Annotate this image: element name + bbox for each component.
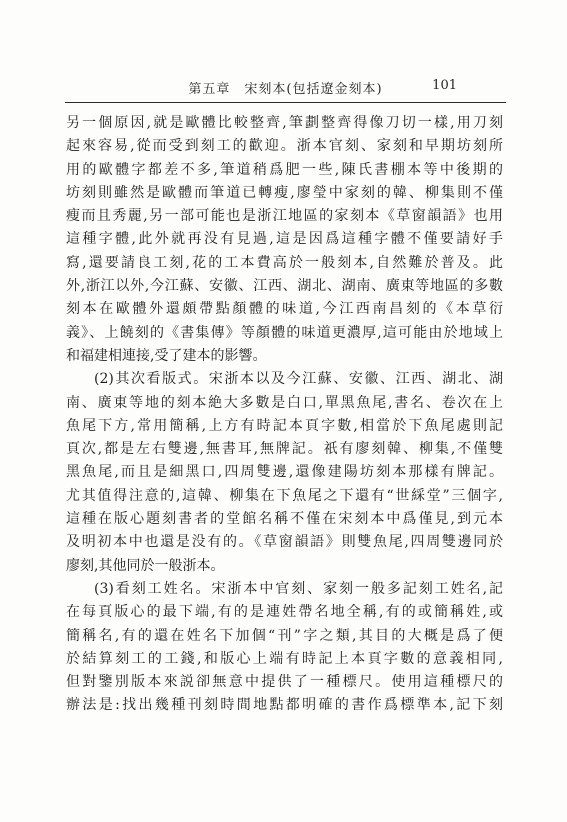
text-line: 刻本在歐體外還頗帶點顏體的味道,今江西南昌刻的《本草衍	[66, 298, 503, 321]
text-line: 瘦而且秀麗,另一部可能也是浙江地區的家刻本《草窗韻語》也用	[66, 205, 503, 228]
text-line: 起來容易,從而受到刻工的歡迎。浙本官刻、家刻和早期坊刻所	[66, 135, 503, 158]
text-line: 黑魚尾,而且是細黑口,四周雙邊,還像建陽坊刻本那樣有牌記。	[66, 461, 503, 484]
header-divider	[65, 102, 506, 103]
text-line: 坊刻則雖然是歐體而筆道已轉瘦,廖瑩中家刻的韓、柳集則不僅	[66, 182, 503, 205]
text-line: 於結算刻工的工錢,和版心上端有時記上本頁字數的意義相同,	[66, 648, 503, 671]
text-line: (3)看刻工姓名。宋浙本中官刻、家刻一般多記刻工姓名,記	[66, 578, 503, 601]
text-line: 另一個原因,就是歐體比較整齊,筆劃整齊得像刀切一樣,用刀刻	[66, 112, 503, 135]
text-line: 這種在版心題刻書者的堂館名稱不僅在宋刻本中爲僅見,到元本	[66, 508, 503, 531]
paragraph: (2)其次看版式。宋浙本以及今江蘇、安徽、江西、湖北、湖南、廣東等地的刻本絶大多…	[66, 368, 503, 578]
text-line: 用的歐體字都差不多,筆道稍爲肥一些,陳氏書棚本等中後期的	[66, 159, 503, 182]
text-line: 簡稱名,有的還在姓名下加個“刊”字之類,其目的大概是爲了便	[66, 625, 503, 648]
text-line: 和福建相連接,受了建本的影響。	[66, 345, 503, 368]
text-line: 及明初本中也還是没有的。《草窗韻語》則雙魚尾,四周雙邊同於	[66, 531, 503, 554]
text-line: 尤其值得注意的,這韓、柳集在下魚尾之下還有“世綵堂”三個字,	[66, 485, 503, 508]
text-line: 但對鑒別版本來説卻無意中提供了一種標尺。使用這種標尺的	[66, 671, 503, 694]
paragraph: 另一個原因,就是歐體比較整齊,筆劃整齊得像刀切一樣,用刀刻起來容易,從而受到刻工…	[66, 112, 503, 368]
text-line: 辦法是:找出幾種刊刻時間地點都明確的書作爲標準本,記下刻	[66, 694, 503, 717]
text-line: 外,浙江以外,今江蘇、安徽、江西、湖北、湖南、廣東等地區的多數	[66, 275, 503, 298]
body-text: 另一個原因,就是歐體比較整齊,筆劃整齊得像刀切一樣,用刀刻起來容易,從而受到刻工…	[66, 112, 503, 718]
text-line: 廖刻,其他同於一般浙本。	[66, 555, 503, 578]
text-line: 頁次,都是左右雙邊,無書耳,無牌記。祇有廖刻韓、柳集,不僅雙	[66, 438, 503, 461]
text-line: (2)其次看版式。宋浙本以及今江蘇、安徽、江西、湖北、湖	[66, 368, 503, 391]
page-number: 101	[432, 78, 457, 93]
text-line: 義》、上饒刻的《書集傳》等顏體的味道更濃厚,這可能由於地域上	[66, 322, 503, 345]
text-line: 寫,還要請良工刻,花的工本費高於一般刻本,自然難於普及。此	[66, 252, 503, 275]
book-page: 第五章 宋刻本(包括遼金刻本) 101 另一個原因,就是歐體比較整齊,筆劃整齊得…	[0, 0, 567, 822]
text-line: 南、廣東等地的刻本絶大多數是白口,單黑魚尾,書名、卷次在上	[66, 392, 503, 415]
text-line: 魚尾下方,常用簡稱,上方有時記本頁字數,相當於下魚尾處則記	[66, 415, 503, 438]
text-line: 這種字體,此外就再没有見過,這是因爲這種字體不僅要請好手	[66, 228, 503, 251]
paragraph: (3)看刻工姓名。宋浙本中官刻、家刻一般多記刻工姓名,記在每頁版心的最下端,有的…	[66, 578, 503, 718]
page-header: 第五章 宋刻本(包括遼金刻本) 101	[65, 78, 506, 98]
text-line: 在每頁版心的最下端,有的是連姓帶名地全稱,有的或簡稱姓,或	[66, 601, 503, 624]
